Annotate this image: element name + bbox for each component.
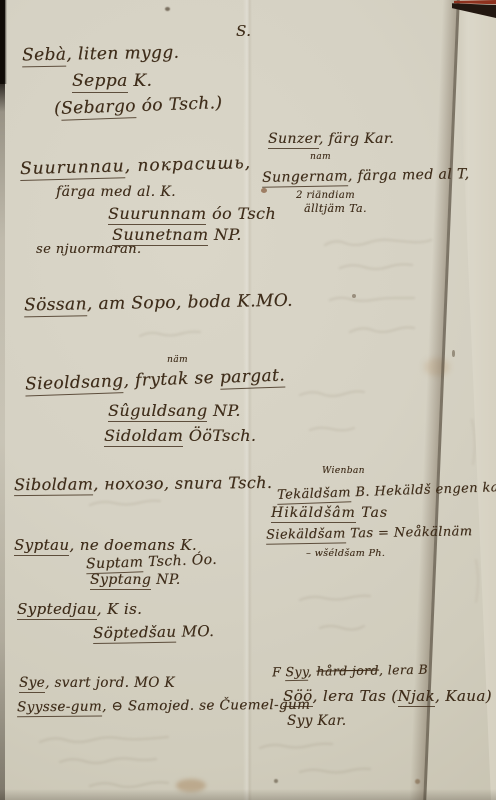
manuscript-photo: S. Sebà, liten mygg. Seppa K. (Sebargo ó…: [0, 0, 496, 800]
ink-speck: [274, 779, 278, 783]
variant-hikaldsam: Hikäldšâm Tas: [271, 505, 388, 521]
entry-sye: Sye, svart jord. MO K: [19, 675, 175, 691]
variant-suguldsang: Sûguldsang NP.: [108, 401, 241, 420]
annotation-wseldsam: – wšéldšam Ph.: [306, 548, 385, 559]
annotation-wienban: Wienban: [322, 466, 365, 476]
ink-stain: [261, 188, 267, 193]
ink-speck: [165, 7, 170, 11]
variant-syy-kar: Syy Kar.: [287, 713, 346, 729]
annotation-alltjam: älltjäm Ta.: [304, 202, 367, 215]
entry-seba: Sebà, liten mygg.: [22, 43, 180, 66]
page-letter-header: S.: [236, 22, 251, 40]
paper-fold-crease: [243, 0, 252, 800]
page-edge-nick: [452, 350, 455, 357]
annotation-below-sungernam: 2 riändiam: [296, 190, 355, 201]
variant-soptedsau: Söptedšau MO.: [93, 622, 215, 642]
annotation-nam: näm: [167, 355, 188, 365]
entry-siboldam: Siboldam, нохозо, snura Tsch.: [14, 473, 272, 494]
annotation-above-sungernam: nam: [310, 152, 331, 162]
entry-seba-variant-seppa: Seppa K.: [72, 71, 152, 91]
entry-syy: F Syy, hård jord, lera B: [272, 662, 428, 680]
crossref-njuormaran: se njuormaran.: [36, 242, 141, 257]
variant-syptang: Syptang NP.: [90, 572, 181, 588]
variant-suurunnam: Suurunnam óo Tsch: [108, 204, 276, 223]
entry-suurunnau-gloss: färga med al. K.: [56, 184, 176, 200]
entry-syysse-gum: Syysse-gum, ⊖ Samojed. se Čuemel-gum: [17, 697, 310, 716]
entry-syptedjau: Syptedjau, K is.: [17, 600, 142, 618]
variant-sidoldam: Sidoldam ÖöTsch.: [104, 426, 256, 445]
photo-left-edge: [0, 0, 5, 800]
entry-syptau: Syptau, ne doemans K.: [14, 536, 197, 554]
entry-sunzer: Sunzer, färg Kar.: [268, 131, 394, 147]
ink-speck: [352, 294, 356, 298]
photo-bottom-shadow: [0, 789, 496, 800]
variant-soo: Söö, lera Tas (Njak, Kaua): [283, 687, 492, 705]
